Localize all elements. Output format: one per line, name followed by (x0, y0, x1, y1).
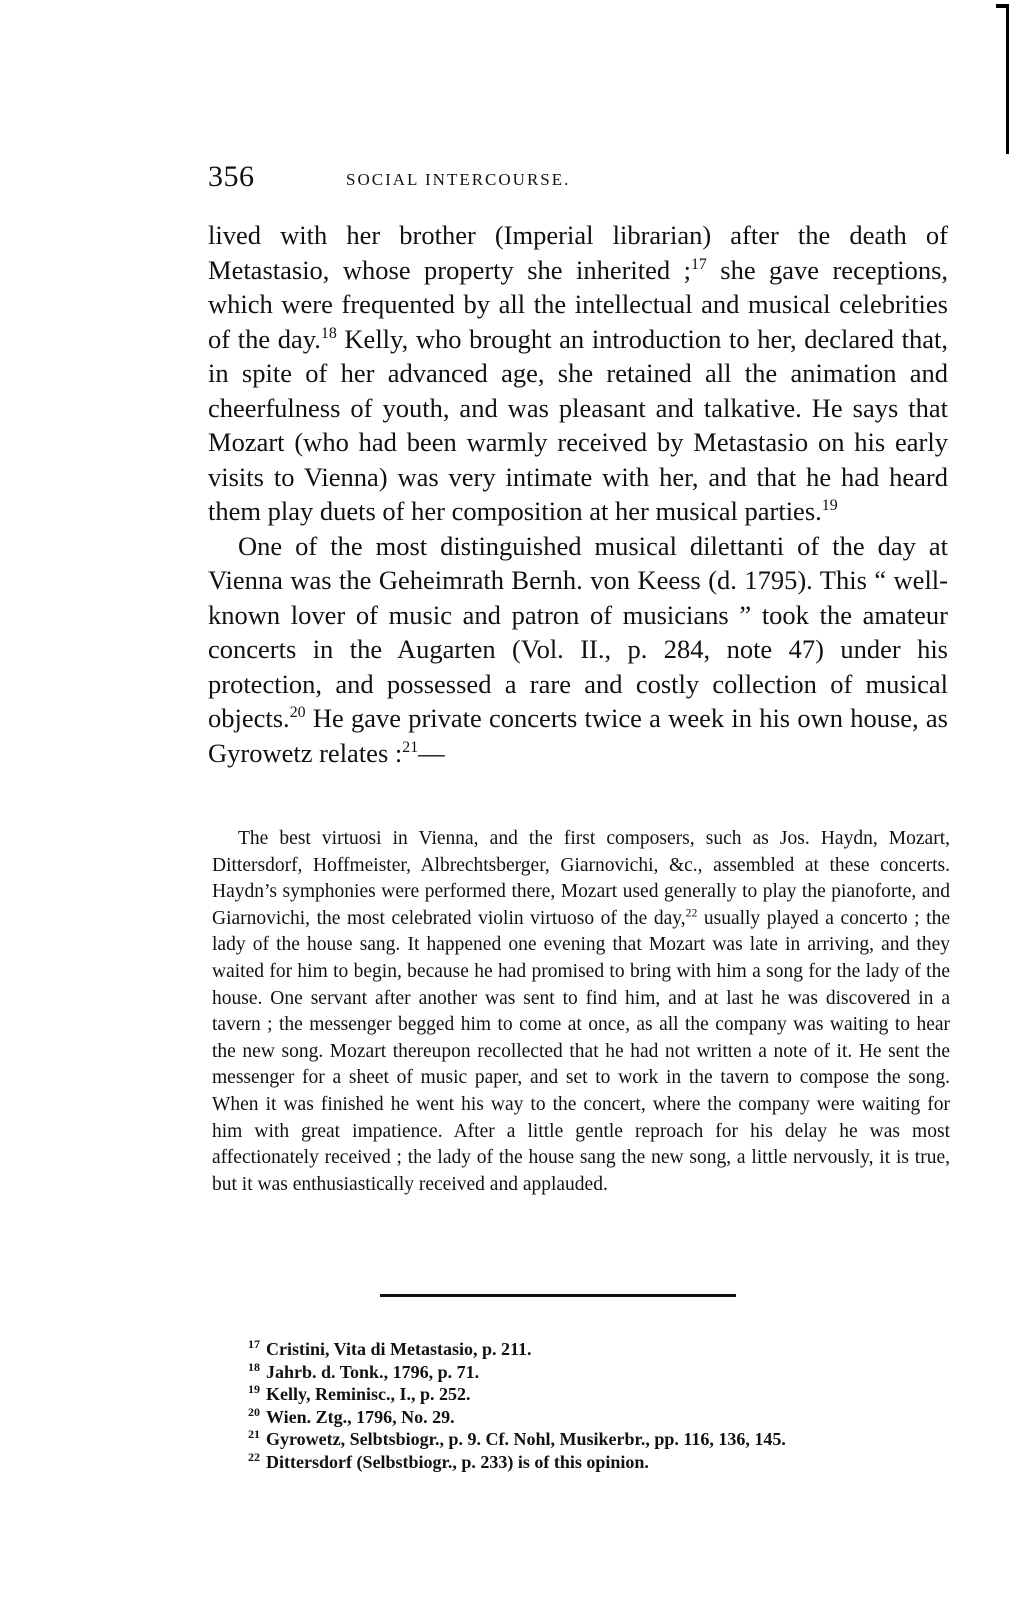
footnote-text: Wien. Ztg., 1796, No. 29. (266, 1407, 455, 1427)
footnote-20: 20Wien. Ztg., 1796, No. 29. (248, 1406, 786, 1429)
footnote-ref-18: 18 (321, 325, 337, 342)
footnote-21: 21Gyrowetz, Selbtsbiogr., p. 9. Cf. Nohl… (248, 1428, 786, 1451)
footnotes: 17Cristini, Vita di Metastasio, p. 211. … (248, 1338, 786, 1473)
footnote-text: Dittersdorf (Selbstbiogr., p. 233) is of… (266, 1452, 649, 1472)
footnote-22: 22Dittersdorf (Selbstbiogr., p. 233) is … (248, 1451, 786, 1474)
quote-paragraph: The best virtuosi in Vienna, and the fir… (212, 826, 950, 1198)
footnote-text: Cristini, Vita di Metastasio, p. 211. (266, 1339, 532, 1359)
page-number: 356 (208, 160, 255, 194)
footnote-ref-17: 17 (691, 256, 707, 273)
footnote-number: 17 (248, 1337, 260, 1351)
footnote-number: 19 (248, 1382, 260, 1396)
footnote-ref-22: 22 (686, 906, 698, 919)
footnote-18: 18Jahrb. d. Tonk., 1796, p. 71. (248, 1361, 786, 1384)
footnote-number: 20 (248, 1405, 260, 1419)
footnote-17: 17Cristini, Vita di Metastasio, p. 211. (248, 1338, 786, 1361)
paragraph-1: lived with her brother (Imperial librari… (208, 218, 948, 529)
footnote-divider (380, 1294, 736, 1297)
footnote-ref-21: 21 (402, 739, 418, 756)
footnote-ref-19: 19 (822, 497, 838, 514)
text-run: He gave private concerts twice a week in… (208, 703, 948, 768)
paragraph-2: One of the most distinguished musical di… (208, 529, 948, 771)
page-header: 356 SOCIAL INTERCOURSE. (208, 160, 948, 200)
footnote-number: 22 (248, 1450, 260, 1464)
running-title: SOCIAL INTERCOURSE. (346, 170, 570, 190)
footnote-number: 18 (248, 1360, 260, 1374)
block-quote: The best virtuosi in Vienna, and the fir… (212, 826, 950, 1198)
page-edge-mark (1006, 4, 1009, 154)
footnote-number: 21 (248, 1427, 260, 1441)
footnote-text: Jahrb. d. Tonk., 1796, p. 71. (266, 1362, 479, 1382)
footnote-19: 19Kelly, Reminisc., I., p. 252. (248, 1383, 786, 1406)
footnote-text: Kelly, Reminisc., I., p. 252. (266, 1384, 471, 1404)
footnote-text: Gyrowetz, Selbtsbiogr., p. 9. Cf. Nohl, … (266, 1429, 786, 1449)
body-text: lived with her brother (Imperial librari… (208, 218, 948, 770)
text-run: usually played a concerto ; the lady of … (212, 908, 950, 1195)
text-run: — (418, 738, 445, 768)
footnote-ref-20: 20 (290, 704, 306, 721)
